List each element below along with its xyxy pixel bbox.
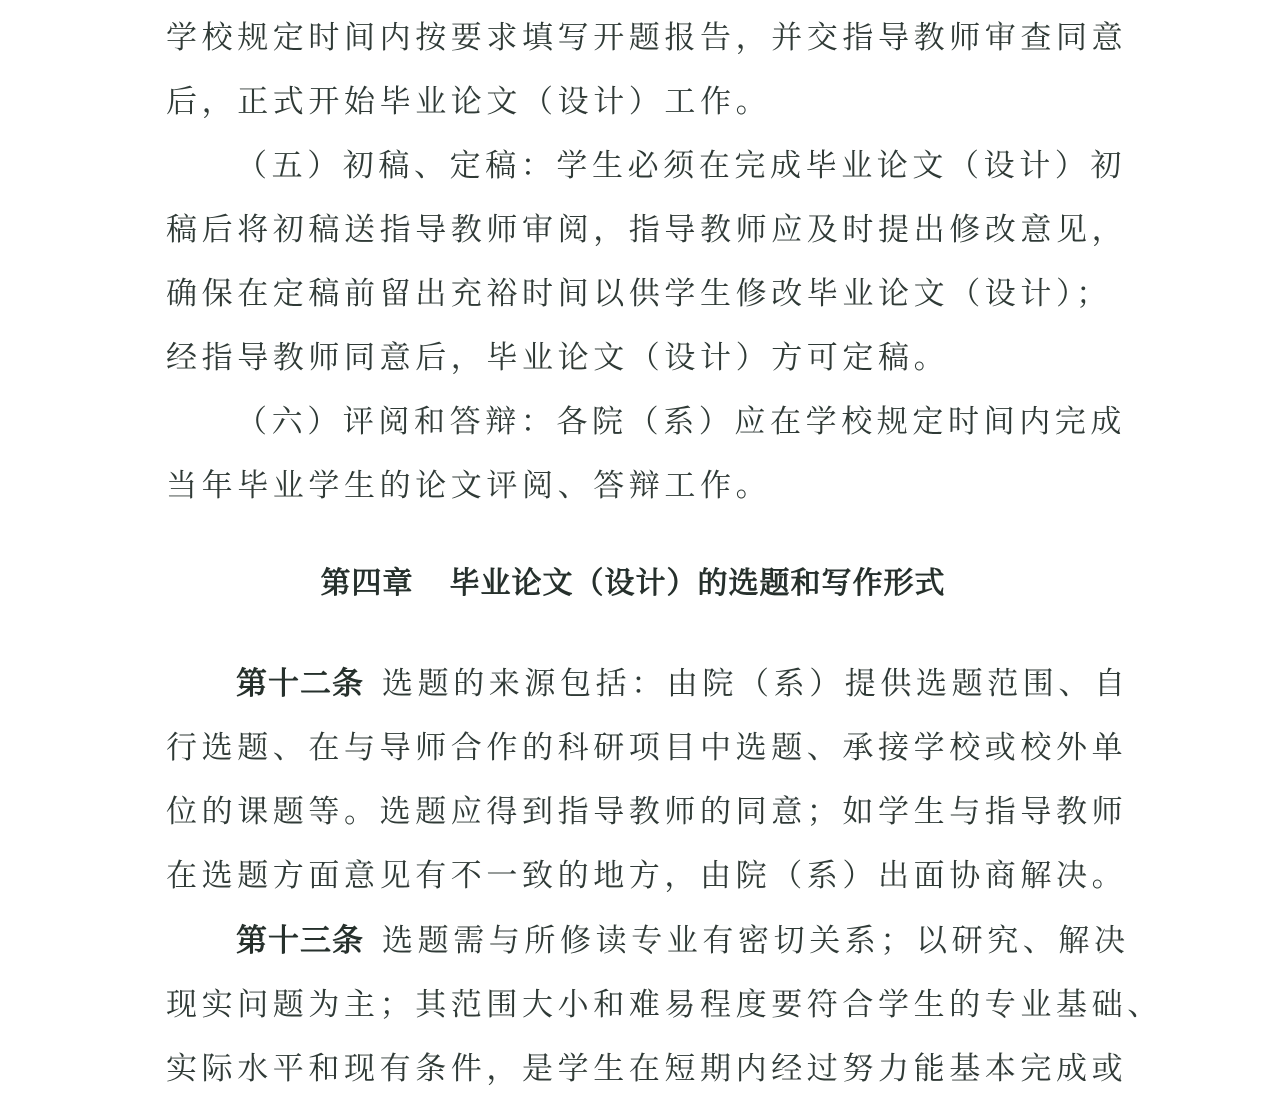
text-line: 位的课题等。选题应得到指导教师的同意；如学生与指导教师	[166, 792, 1101, 832]
text-line: 现实问题为主；其范围大小和难易程度要符合学生的专业基础、	[166, 985, 1101, 1025]
article-label: 第十三条	[236, 923, 364, 959]
text-line: 确保在定稿前留出充裕时间以供学生修改毕业论文（设计）；	[166, 274, 1101, 314]
article-label: 第十二条	[236, 666, 364, 702]
text-line: 在选题方面意见有不一致的地方，由院（系）出面协商解决。	[166, 856, 1101, 896]
chapter-heading: 第四章毕业论文（设计）的选题和写作形式	[0, 564, 1266, 604]
text-line: （六）评阅和答辩：各院（系）应在学校规定时间内完成	[236, 402, 1101, 442]
text-line: 后，正式开始毕业论文（设计）工作。	[166, 82, 1101, 122]
text-line: 实际水平和现有条件，是学生在短期内经过努力能基本完成或	[166, 1049, 1101, 1089]
text-line: 经指导教师同意后，毕业论文（设计）方可定稿。	[166, 338, 1101, 378]
text-line: 当年毕业学生的论文评阅、答辩工作。	[166, 466, 1101, 506]
text-line: 学校规定时间内按要求填写开题报告，并交指导教师审查同意	[166, 18, 1101, 58]
article-text: 选题需与所修读专业有密切关系；以研究、解决	[382, 923, 1130, 959]
document-page: 学校规定时间内按要求填写开题报告，并交指导教师审查同意 后，正式开始毕业论文（设…	[0, 0, 1266, 1102]
article-13-first-line: 第十三条选题需与所修读专业有密切关系；以研究、解决	[236, 921, 1101, 961]
text-line: 行选题、在与导师合作的科研项目中选题、承接学校或校外单	[166, 728, 1101, 768]
article-12-first-line: 第十二条选题的来源包括：由院（系）提供选题范围、自	[236, 664, 1101, 704]
text-line: （五）初稿、定稿：学生必须在完成毕业论文（设计）初	[236, 146, 1101, 186]
article-text: 选题的来源包括：由院（系）提供选题范围、自	[382, 666, 1130, 702]
chapter-number: 第四章	[321, 566, 414, 601]
chapter-title: 毕业论文（设计）的选题和写作形式	[450, 566, 946, 601]
text-line: 稿后将初稿送指导教师审阅，指导教师应及时提出修改意见，	[166, 210, 1101, 250]
